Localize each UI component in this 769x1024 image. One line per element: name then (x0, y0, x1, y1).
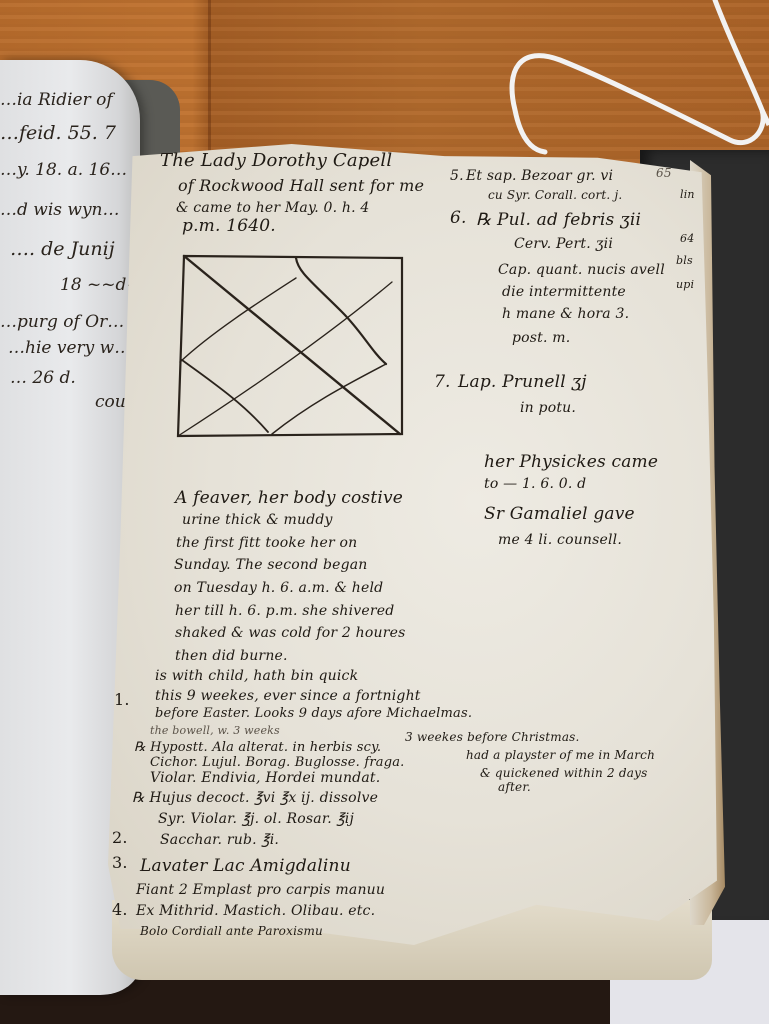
right-column-line: Et sap. Bezoar gr. vi (466, 168, 613, 184)
prescription-line: Sacchar. rub. ℥i. (160, 832, 279, 848)
left-page-line: …d wis wyn… (0, 200, 120, 220)
right-column-line: to — 1. 6. 0. d (484, 476, 586, 492)
case-note-line: before Easter. Looks 9 days afore Michae… (155, 706, 472, 721)
prescription-line: Fiant 2 Emplast pro carpis manuu (136, 882, 385, 898)
case-note-line: urine thick & muddy (182, 512, 333, 528)
interlinear-note: 3 weekes before Christmas. (405, 730, 580, 744)
case-note-line: A feaver, her body costive (175, 488, 403, 508)
left-page-line: …y. 18. a. 16… (0, 160, 127, 180)
prescription-line: Lavater Lac Amigdalinu (140, 856, 351, 876)
right-column-number: 5. (450, 168, 464, 184)
left-page-line: … 26 d. (10, 368, 76, 388)
heading-line: The Lady Dorothy Capell (160, 150, 392, 171)
right-column-line: Lap. Prunell ʒj (458, 372, 587, 392)
prescription-line: Ex Mithrid. Mastich. Olibau. etc. (136, 903, 375, 919)
heading-line: & came to her May. 0. h. 4 (176, 200, 370, 216)
interlinear-note: after. (498, 780, 531, 794)
right-column-line: die intermittente (502, 284, 626, 300)
left-page-line: …. de Junij (10, 238, 115, 260)
case-note-line: Sunday. The second began (174, 557, 368, 573)
case-note-line: this 9 weekes, ever since a fortnight (155, 688, 421, 704)
case-note-line: her till h. 6. p.m. she shivered (175, 603, 394, 619)
right-column-line: her Physickes came (484, 452, 658, 472)
left-page-line: …feid. 55. 7 (0, 122, 116, 144)
margin-annotation: bls (676, 254, 693, 267)
prescription-line: Syr. Violar. ℥j. ol. Rosar. ℥ij (158, 811, 354, 827)
left-page-line: …purg of Or… (0, 312, 124, 332)
right-column-number: 6. (450, 208, 467, 228)
right-column-number: 7. (434, 372, 451, 392)
right-column-line: Cerv. Pert. ʒii (514, 236, 613, 252)
margin-annotation: 65 (656, 166, 672, 180)
heading-line: p.m. 1640. (182, 216, 276, 236)
right-column-line: in potu. (520, 400, 576, 416)
interlinear-note: had a playster of me in March (466, 748, 655, 762)
prescription-line: ℞ Hujus decoct. ℥vi ℥x ij. dissolve (132, 790, 378, 806)
margin-annotation: upi (676, 278, 694, 291)
prescription-line: Cichor. Lujul. Borag. Buglosse. fraga. (150, 755, 405, 770)
right-column-line: me 4 li. counsell. (498, 532, 622, 548)
prescription-number: 2. (112, 828, 128, 847)
right-column-line: post. m. (512, 330, 570, 346)
case-note-line: on Tuesday h. 6. a.m. & held (174, 580, 383, 596)
case-note-line: shaked & was cold for 2 houres (175, 625, 406, 641)
right-column-line: cu Syr. Corall. cort. j. (488, 188, 622, 202)
interlinear-note: the bowell, w. 3 weeks (150, 724, 280, 737)
heading-line: of Rockwood Hall sent for me (178, 176, 424, 195)
left-page-line: …hie very w… (8, 338, 131, 358)
left-page-line: 18 ~~d~~ (60, 275, 140, 295)
white-cable (500, 0, 769, 170)
horoscope-figure (172, 252, 404, 440)
margin-annotation: lin (680, 188, 695, 201)
prescription-line: Bolo Cordiall ante Paroxismu (140, 924, 323, 938)
prescription-number: 4. (112, 900, 128, 919)
right-column-line: Cap. quant. nucis avell (498, 262, 665, 278)
left-page-line: …ia Ridier of (0, 90, 113, 110)
case-note-line: then did burne. (175, 648, 288, 664)
right-column-line: Sr Gamaliel gave (484, 504, 635, 524)
right-column-line: ℞ Pul. ad febris ʒii (476, 210, 641, 230)
case-note-line: is with child, hath bin quick (155, 668, 358, 684)
case-note-line: the first fitt tooke her on (176, 535, 357, 551)
prescription-line: Violar. Endivia, Hordei mundat. (150, 770, 380, 786)
margin-annotation: 64 (680, 232, 694, 245)
prescription-number: 3. (112, 853, 128, 872)
right-column-line: h mane & hora 3. (502, 306, 629, 322)
prescription-line: ℞ Hypostt. Ala alterat. in herbis scy. (134, 740, 381, 755)
prescription-number: 1. (114, 690, 130, 709)
interlinear-note: & quickened within 2 days (480, 766, 647, 780)
